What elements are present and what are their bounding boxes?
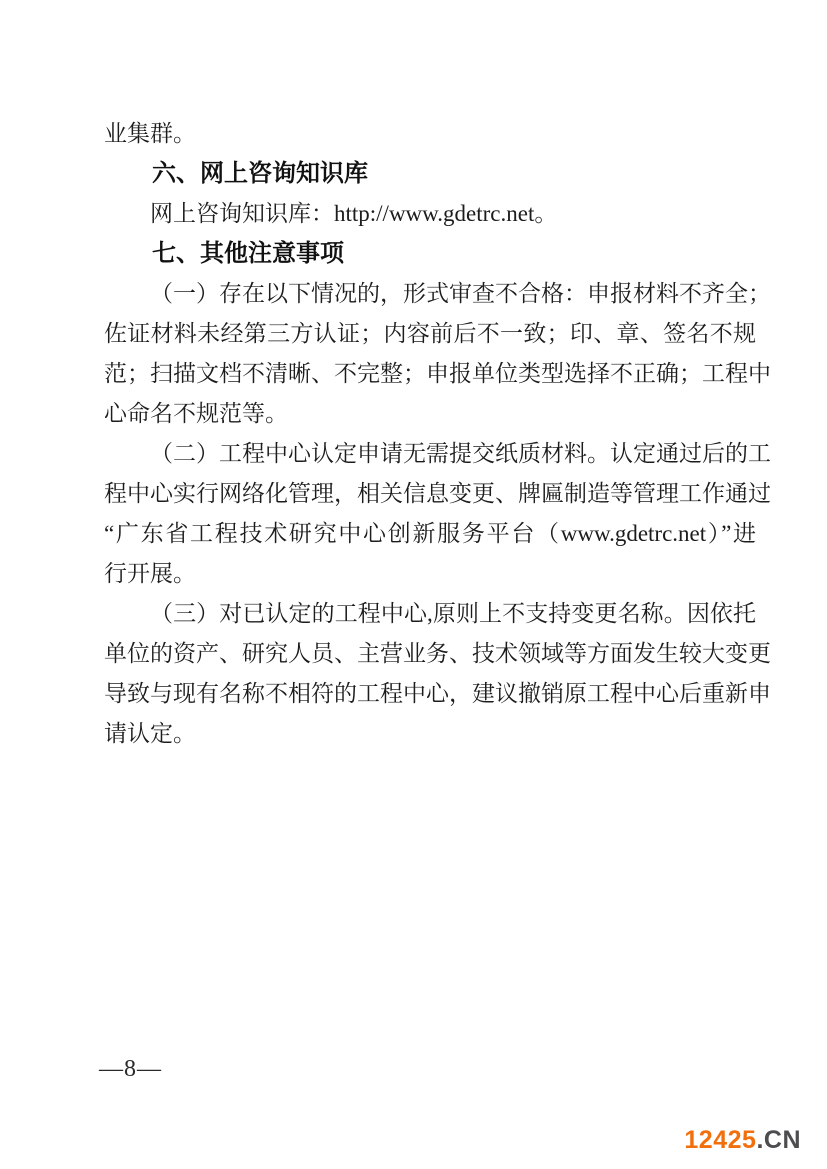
item-two-line-2: 程中心实行网络化管理，相关信息变更、牌匾制造等管理工作通过 <box>104 474 756 514</box>
site-watermark: 12425.CN <box>684 1125 801 1155</box>
section-six-heading: 六、网上咨询知识库 <box>104 154 756 194</box>
item-three-line-1: （三）对已认定的工程中心,原则上不支持变更名称。因依托 <box>104 594 756 634</box>
item-one-line-4: 心命名不规范等。 <box>104 394 756 434</box>
item-two-line-4: 行开展。 <box>104 554 756 594</box>
item-three-line-4: 请认定。 <box>104 714 756 754</box>
section-six-body-line: 网上咨询知识库：http://www.gdetrc.net。 <box>104 194 756 234</box>
document-page: 业集群。 六、网上咨询知识库 网上咨询知识库：http://www.gdetrc… <box>0 0 827 1169</box>
item-one-line-1: （一）存在以下情况的，形式审查不合格：申报材料不齐全； <box>104 274 756 314</box>
continuation-paragraph-line: 业集群。 <box>104 114 756 154</box>
item-one-line-3: 范；扫描文档不清晰、不完整；申报单位类型选择不正确；工程中 <box>104 354 756 394</box>
item-two-line-3: “广东省工程技术研究中心创新服务平台（www.gdetrc.net）”进 <box>104 514 756 554</box>
item-three-line-2: 单位的资产、研究人员、主营业务、技术领域等方面发生较大变更 <box>104 634 756 674</box>
page-number: —8— <box>99 1053 162 1085</box>
item-two-line-1: （二）工程中心认定申请无需提交纸质材料。认定通过后的工 <box>104 434 756 474</box>
watermark-number: 12425 <box>684 1126 756 1154</box>
document-body: 业集群。 六、网上咨询知识库 网上咨询知识库：http://www.gdetrc… <box>104 114 756 754</box>
section-seven-heading: 七、其他注意事项 <box>104 234 756 274</box>
watermark-tld: .CN <box>756 1126 801 1154</box>
item-one-line-2: 佐证材料未经第三方认证；内容前后不一致；印、章、签名不规 <box>104 314 756 354</box>
item-three-line-3: 导致与现有名称不相符的工程中心，建议撤销原工程中心后重新申 <box>104 674 756 714</box>
